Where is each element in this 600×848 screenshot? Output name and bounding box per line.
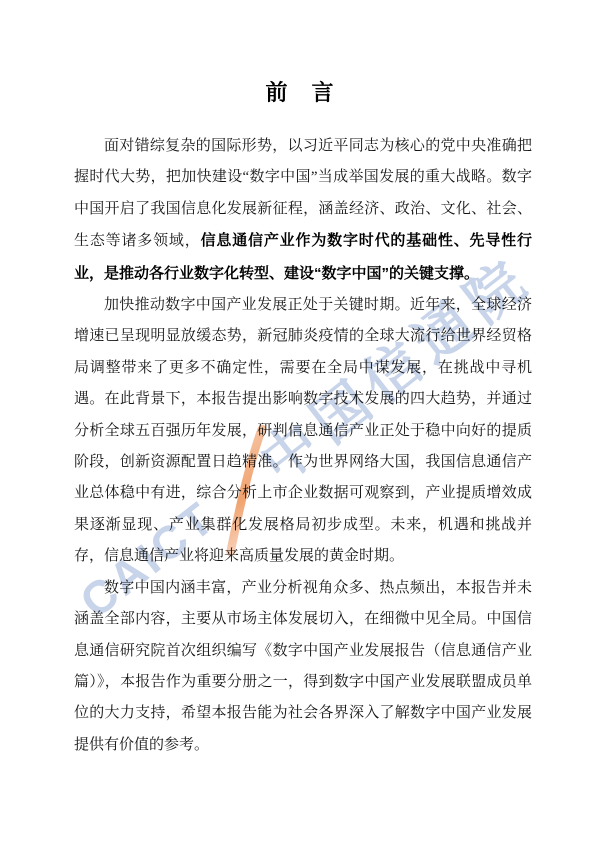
paragraph-2: 加快推动数字中国产业发展正处于关键时期。近年来，全球经济增速已呈现明显放缓态势，… <box>74 290 532 573</box>
paragraph-3: 数字中国内涵丰富，产业分析视角众多、热点频出，本报告并未涵盖全部内容，主要从市场… <box>74 573 532 761</box>
paragraph-1: 面对错综复杂的国际形势，以习近平同志为核心的党中央准确把握时代大势，把加快建设“… <box>74 131 532 290</box>
document-page: CAICT 中国信通院 前 言 面对错综复杂的国际形势，以习近平同志为核心的党中… <box>0 0 600 848</box>
page-title: 前 言 <box>0 76 600 107</box>
document-body: 面对错综复杂的国际形势，以习近平同志为核心的党中央准确把握时代大势，把加快建设“… <box>74 131 532 761</box>
